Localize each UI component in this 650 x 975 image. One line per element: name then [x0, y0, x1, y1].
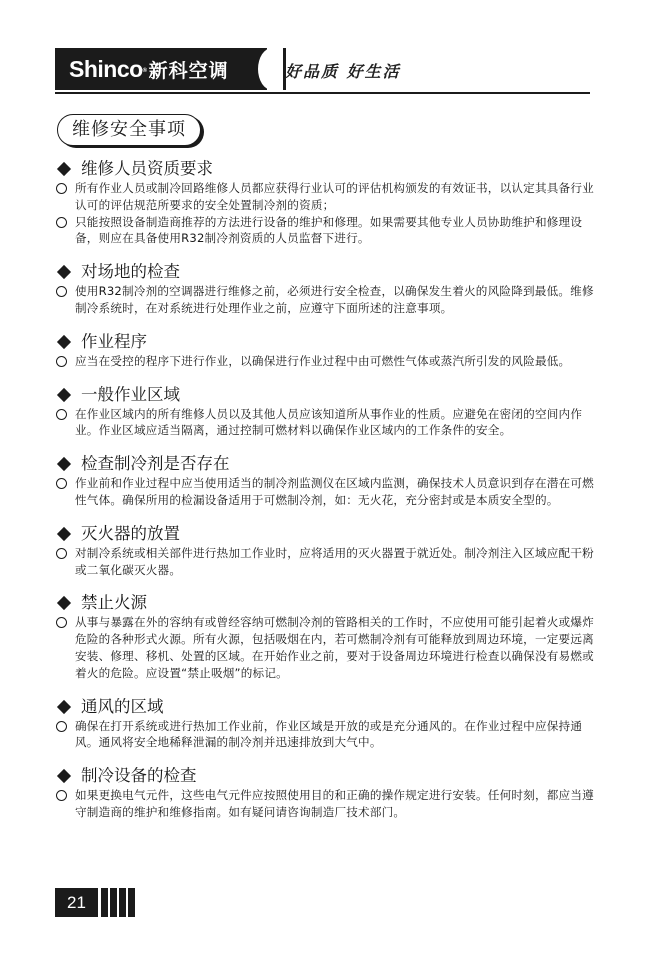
section-heading-text: 检查制冷剂是否存在 [81, 453, 230, 475]
circle-bullet-icon [56, 790, 67, 801]
diamond-bullet-icon [57, 162, 71, 176]
diamond-bullet-icon [57, 335, 71, 349]
circle-bullet-icon [56, 617, 67, 628]
diamond-bullet-icon [57, 388, 71, 402]
circle-bullet-icon [56, 286, 67, 297]
section-heading: 灭火器的放置 [55, 523, 595, 545]
section: 维修人员资质要求 所有作业人员或制冷回路维修人员都应获得行业认可的评估机构颁发的… [55, 158, 595, 247]
section: 对场地的检查 使用R32制冷剂的空调器进行维修之前，必须进行安全检查，以确保发生… [55, 261, 595, 317]
list-item: 在作业区域内的所有维修人员以及其他人员应该知道所从事作业的性质。应避免在密闭的空… [55, 406, 595, 440]
page-title: 维修安全事项 [57, 114, 201, 146]
section: 灭火器的放置 对制冷系统或相关部件进行热加工作业时，应将适用的灭火器置于就近处。… [55, 523, 595, 579]
list-item: 对制冷系统或相关部件进行热加工作业时，应将适用的灭火器置于就近处。制冷剂注入区域… [55, 545, 595, 579]
diamond-bullet-icon [57, 527, 71, 541]
circle-bullet-icon [56, 183, 67, 194]
item-text: 从事与暴露在外的容纳有或曾经容纳可燃制冷剂的管路相关的工作时，不应使用可能引起着… [75, 615, 594, 679]
item-text: 在作业区域内的所有维修人员以及其他人员应该知道所从事作业的性质。应避免在密闭的空… [75, 407, 582, 438]
list-item: 所有作业人员或制冷回路维修人员都应获得行业认可的评估机构颁发的有效证书，以认定其… [55, 180, 595, 214]
stripe-decoration [119, 888, 126, 917]
item-text: 对制冷系统或相关部件进行热加工作业时，应将适用的灭火器置于就近处。制冷剂注入区域… [75, 546, 594, 577]
brand-chinese: 新科空调 [149, 61, 229, 82]
stripe-decoration [110, 888, 117, 917]
circle-bullet-icon [56, 721, 67, 732]
registered-mark: ® [143, 68, 147, 74]
item-text: 如果更换电气元件，这些电气元件应按照使用目的和正确的操作规定进行安装。任何时刻，… [75, 788, 594, 819]
list-item: 如果更换电气元件，这些电气元件应按照使用目的和正确的操作规定进行安装。任何时刻，… [55, 787, 595, 821]
diamond-bullet-icon [57, 596, 71, 610]
circle-bullet-icon [56, 217, 67, 228]
list-item: 作业前和作业过程中应当使用适当的制冷剂监测仪在区域内监测，确保技术人员意识到存在… [55, 475, 595, 509]
page-header: Shinco®新科空调 好品质 好生活 [55, 48, 590, 94]
brand-latin: Shinco [69, 56, 143, 82]
item-text: 作业前和作业过程中应当使用适当的制冷剂监测仪在区域内监测，确保技术人员意识到存在… [75, 476, 594, 507]
circle-bullet-icon [56, 409, 67, 420]
page-number: 21 [55, 888, 98, 917]
header-rule [55, 92, 590, 94]
item-text: 确保在打开系统或进行热加工作业前，作业区域是开放的或是充分通风的。在作业过程中应… [75, 719, 582, 750]
slogan: 好品质 好生活 [285, 59, 401, 82]
section-heading: 通风的区域 [55, 696, 595, 718]
brand-logo: Shinco®新科空调 [69, 54, 229, 87]
list-item: 从事与暴露在外的容纳有或曾经容纳可燃制冷剂的管路相关的工作时，不应使用可能引起着… [55, 614, 595, 681]
brand-bar: Shinco®新科空调 [55, 48, 267, 90]
section-heading: 制冷设备的检查 [55, 765, 595, 787]
item-text: 应当在受控的程序下进行作业，以确保进行作业过程中由可燃性气体或蒸汽所引发的风险最… [75, 354, 570, 368]
page-footer: 21 [55, 888, 135, 917]
stripe-decoration [128, 888, 135, 917]
stripe-decoration [101, 888, 108, 917]
brand-curve-decoration [258, 48, 286, 90]
section-heading-text: 一般作业区域 [81, 384, 180, 406]
section-heading-text: 作业程序 [81, 331, 147, 353]
section-heading-text: 灭火器的放置 [81, 523, 180, 545]
diamond-bullet-icon [57, 265, 71, 279]
list-item: 确保在打开系统或进行热加工作业前，作业区域是开放的或是充分通风的。在作业过程中应… [55, 718, 595, 752]
list-item: 只能按照设备制造商推荐的方法进行设备的维护和修理。如果需要其他专业人员协助维护和… [55, 214, 595, 248]
section: 作业程序 应当在受控的程序下进行作业，以确保进行作业过程中由可燃性气体或蒸汽所引… [55, 331, 595, 370]
diamond-bullet-icon [57, 457, 71, 471]
list-item: 应当在受控的程序下进行作业，以确保进行作业过程中由可燃性气体或蒸汽所引发的风险最… [55, 353, 595, 370]
item-text: 只能按照设备制造商推荐的方法进行设备的维护和修理。如果需要其他专业人员协助维护和… [75, 215, 582, 246]
section-heading: 一般作业区域 [55, 384, 595, 406]
section-heading-text: 制冷设备的检查 [81, 765, 197, 787]
item-text: 所有作业人员或制冷回路维修人员都应获得行业认可的评估机构颁发的有效证书，以认定其… [75, 181, 594, 212]
section: 一般作业区域 在作业区域内的所有维修人员以及其他人员应该知道所从事作业的性质。应… [55, 384, 595, 440]
circle-bullet-icon [56, 478, 67, 489]
section-heading-text: 对场地的检查 [81, 261, 180, 283]
sections-container: 维修人员资质要求 所有作业人员或制冷回路维修人员都应获得行业认可的评估机构颁发的… [55, 158, 595, 835]
section: 制冷设备的检查 如果更换电气元件，这些电气元件应按照使用目的和正确的操作规定进行… [55, 765, 595, 821]
section-heading: 维修人员资质要求 [55, 158, 595, 180]
diamond-bullet-icon [57, 699, 71, 713]
section-heading: 禁止火源 [55, 592, 595, 614]
circle-bullet-icon [56, 548, 67, 559]
list-item: 使用R32制冷剂的空调器进行维修之前，必须进行安全检查，以确保发生着火的风险降到… [55, 283, 595, 317]
section-heading: 检查制冷剂是否存在 [55, 453, 595, 475]
section: 禁止火源 从事与暴露在外的容纳有或曾经容纳可燃制冷剂的管路相关的工作时，不应使用… [55, 592, 595, 681]
section-heading-text: 禁止火源 [81, 592, 147, 614]
circle-bullet-icon [56, 356, 67, 367]
diamond-bullet-icon [57, 769, 71, 783]
section-heading: 对场地的检查 [55, 261, 595, 283]
section-heading-text: 通风的区域 [81, 696, 164, 718]
item-text: 使用R32制冷剂的空调器进行维修之前，必须进行安全检查，以确保发生着火的风险降到… [75, 284, 594, 315]
section: 通风的区域 确保在打开系统或进行热加工作业前，作业区域是开放的或是充分通风的。在… [55, 696, 595, 752]
section-heading: 作业程序 [55, 331, 595, 353]
section: 检查制冷剂是否存在 作业前和作业过程中应当使用适当的制冷剂监测仪在区域内监测，确… [55, 453, 595, 509]
section-heading-text: 维修人员资质要求 [81, 158, 213, 180]
